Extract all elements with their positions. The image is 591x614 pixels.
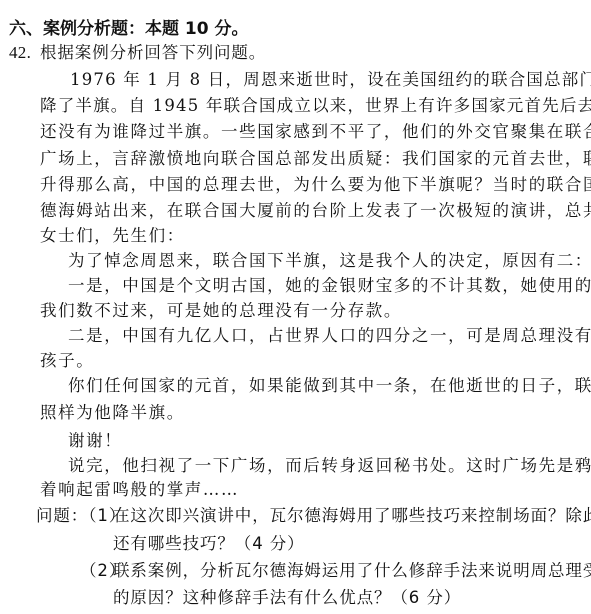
case-line: 升得那么高，中国的总理去世，为什么要为他下半旗呢？当时的联合国秘书长瓦尔 — [40, 175, 591, 195]
case-line: 说完，他扫视了一下广场，而后转身返回秘书处。这时广场先是鸦雀无声，接 — [68, 456, 591, 476]
case-line: 1976 年 1 月 8 日，周恩来逝世时，设在美国纽约的联合国总部门前的联合国… — [70, 70, 591, 90]
speech-line: 你们任何国家的元首，如果能做到其中一条，在他逝世的日子，联合国总部将 — [68, 376, 591, 396]
case-line: 广场上，言辞激愤地向联合国总部发出质疑：我们国家的元首去世，联合国的大旗 — [40, 149, 591, 169]
question-number: 42. — [9, 43, 40, 63]
question-item-1: 问题：（1）在这次即兴演讲中，瓦尔德海姆用了哪些技巧来控制场面？除此以外， — [36, 506, 591, 526]
speech-salutation: 女士们，先生们： — [40, 226, 185, 246]
speech-line: 为了悼念周恩来，联合国下半旗，这是我个人的决定，原因有二： — [68, 251, 591, 271]
question-item-text: 在这次即兴演讲中，瓦尔德海姆用了哪些技巧来控制场面？除此以外， — [113, 506, 591, 525]
speech-line: 二是，中国有九亿人口，占世界人口的四分之一，可是周总理没有一个自己的 — [68, 326, 591, 346]
question-item-2-continued: 的原因？这种修辞手法有什么优点？（6 分） — [113, 588, 461, 608]
section-heading: 六、案例分析题：本题 10 分。 — [9, 19, 249, 39]
question-prompt: 根据案例分析回答下列问题。 — [40, 43, 266, 62]
question-item-number: （2） — [80, 561, 113, 581]
speech-line: 照样为他降半旗。 — [40, 403, 185, 423]
questions-label: 问题： — [36, 506, 80, 526]
speech-closing: 谢谢！ — [68, 431, 122, 451]
speech-line: 一是，中国是个文明古国，她的金银财宝多的不计其数，她使用的人民币多的 — [68, 276, 591, 296]
question-item-2: （2）联系案例，分析瓦尔德海姆运用了什么修辞手法来说明周总理受到尊敬 — [80, 561, 591, 581]
question-item-1-continued: 还有哪些技巧？（4 分） — [113, 534, 305, 554]
case-line: 还没有为谁降过半旗。一些国家感到不平了，他们的外交官聚集在联合国大门前的 — [40, 122, 591, 142]
case-line: 降了半旗。自 1945 年联合国成立以来，世界上有许多国家元首先后去世，联合国 — [40, 96, 591, 116]
speech-line: 孩子。 — [40, 351, 94, 371]
case-line: 着响起雷鸣般的掌声…… — [40, 480, 239, 500]
speech-line: 我们数不过来，可是她的总理没有一分存款。 — [40, 301, 402, 321]
question-item-text: 联系案例，分析瓦尔德海姆运用了什么修辞手法来说明周总理受到尊敬 — [113, 561, 591, 580]
question-header: 42.根据案例分析回答下列问题。 — [9, 43, 266, 63]
question-item-number: （1） — [80, 506, 113, 526]
case-line: 德海姆站出来，在联合国大厦前的台阶上发表了一次极短的演讲，总共不过一分钟。 — [40, 201, 591, 221]
